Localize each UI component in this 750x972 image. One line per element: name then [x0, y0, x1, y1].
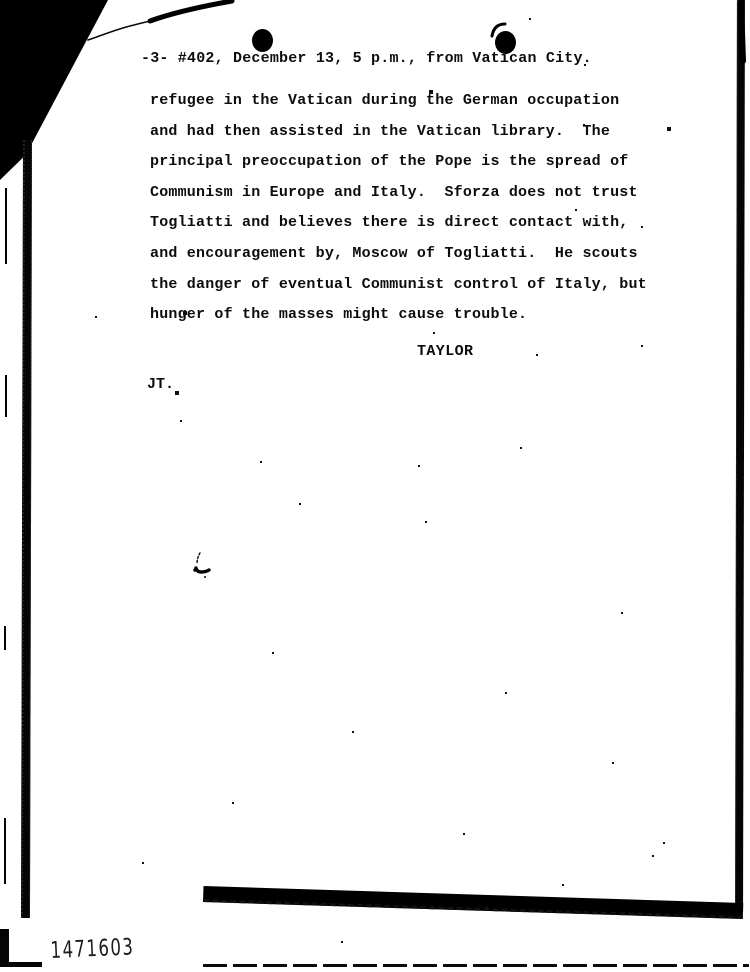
body-line: principal preoccupation of the Pope is t… [150, 147, 647, 178]
ink-dot-curl [489, 20, 515, 38]
handwritten-archive-number: 1471603 [50, 934, 135, 964]
body-line: Togliatti and believes there is direct c… [150, 208, 647, 239]
scan-right-edge-streak [735, 0, 745, 912]
telegram-body: refugee in the Vatican during the German… [150, 86, 647, 331]
scan-bottom-edge-bar [203, 886, 743, 919]
body-line: and encouragement by, Moscow of Togliatt… [150, 239, 647, 270]
signature-name: TAYLOR [417, 343, 473, 360]
scan-noise-specks [0, 0, 2, 2]
scanned-telegram-page: -3- #402, December 13, 5 p.m., from Vati… [0, 0, 750, 972]
body-line: and had then assisted in the Vatican lib… [150, 117, 647, 148]
ink-squiggle [188, 551, 216, 581]
scan-edge-fragment [5, 375, 7, 417]
body-line: the danger of eventual Communist control… [150, 270, 647, 301]
typist-initials: JT. [147, 376, 174, 393]
scan-bottom-left-corner [0, 929, 9, 965]
scan-edge-fragment [5, 188, 7, 264]
scan-bottom-left-corner [0, 962, 42, 967]
scan-left-edge-streak [21, 140, 32, 918]
body-line: hunger of the masses might cause trouble… [150, 300, 647, 331]
scan-edge-fragment [4, 626, 6, 650]
body-line: refugee in the Vatican during the German… [150, 86, 647, 117]
scan-bottom-edge-line [203, 964, 749, 967]
pen-scratch-mark [80, 0, 250, 48]
scan-edge-fragment [4, 818, 6, 884]
page-header: -3- #402, December 13, 5 p.m., from Vati… [141, 50, 592, 67]
body-line: Communism in Europe and Italy. Sforza do… [150, 178, 647, 209]
ink-dot [252, 29, 273, 52]
